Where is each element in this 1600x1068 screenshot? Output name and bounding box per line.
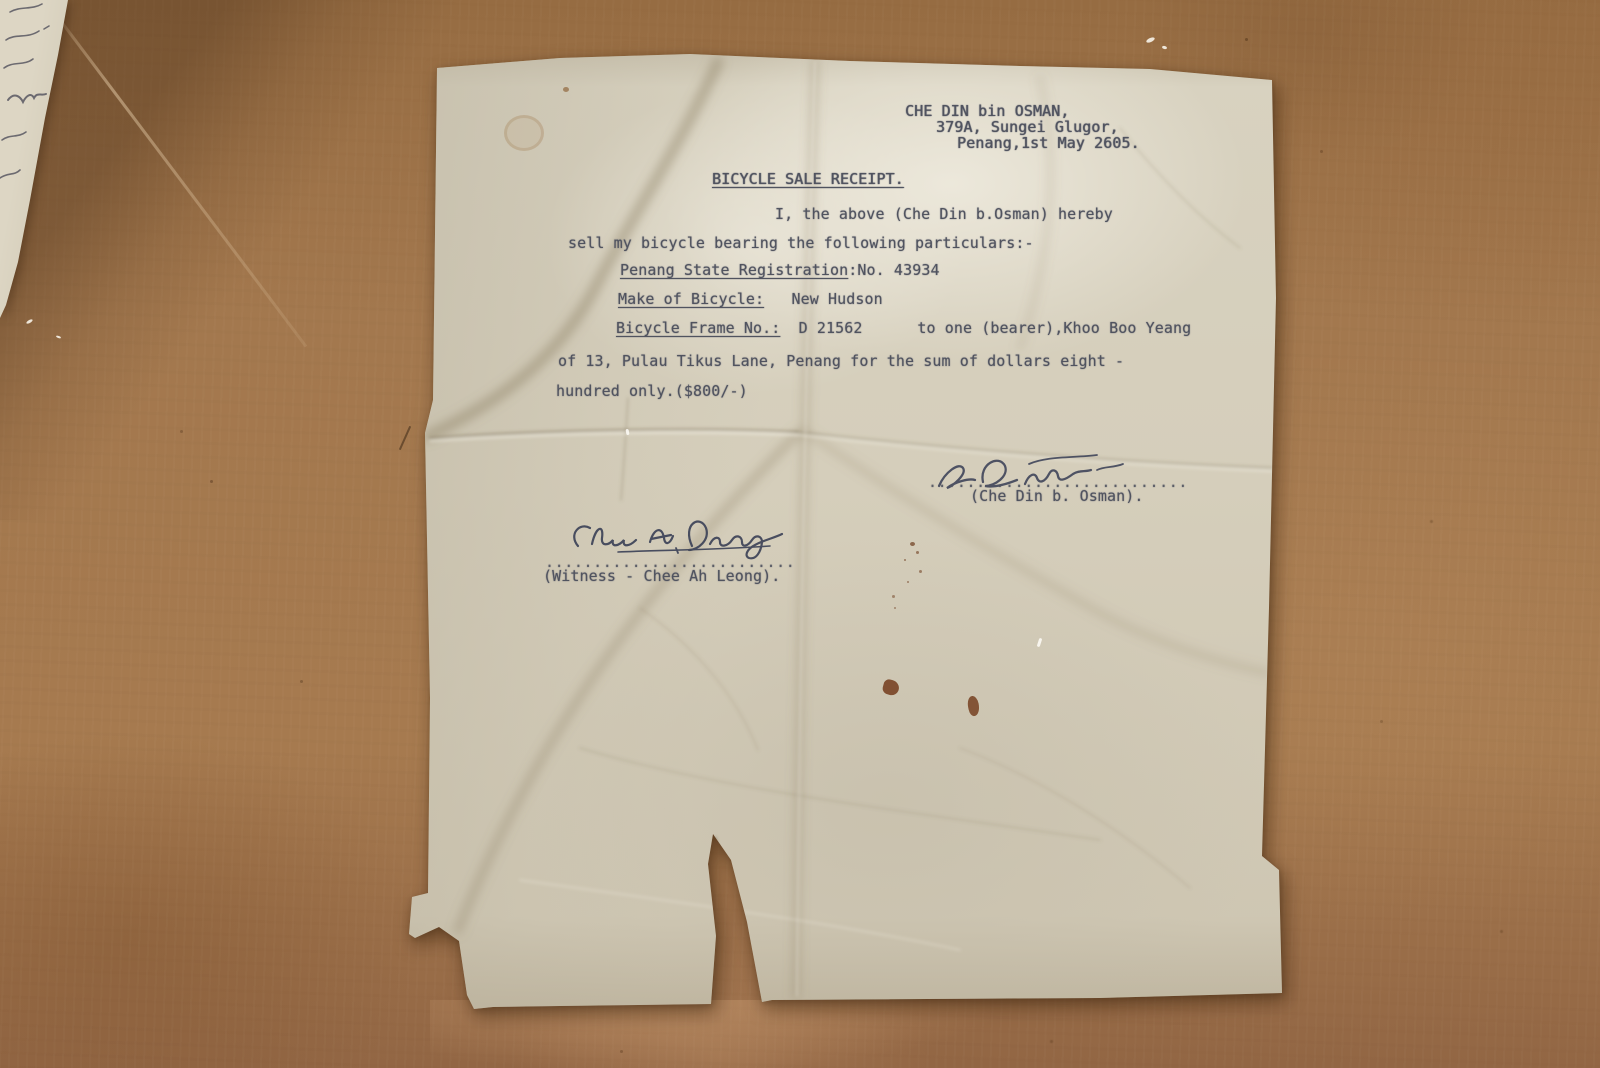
frame-label: Bicycle Frame No.: (616, 319, 780, 337)
document-title: BICYCLE SALE RECEIPT. (712, 171, 904, 187)
sender-line-3: Penang,1st May 2605. (957, 135, 1140, 151)
intro-line-1: I, the above (Che Din b.Osman) hereby (775, 206, 1113, 222)
make-value: New Hudson (764, 290, 883, 308)
body-line-1: of 13, Pulau Tikus Lane, Penang for the … (558, 353, 1124, 369)
document-content: CHE DIN bin OSMAN, 379A, Sungei Glugor, … (0, 0, 1600, 1068)
frame-line: Bicycle Frame No.: D 21562 to one (beare… (616, 320, 1191, 336)
body-line-2: hundred only.($800/-) (556, 383, 748, 399)
frame-value: D 21562 to one (bearer),Khoo Boo Yeang (780, 319, 1191, 337)
intro-line-2: sell my bicycle bearing the following pa… (568, 235, 1034, 251)
sender-line-1: CHE DIN bin OSMAN, (905, 103, 1069, 119)
make-label: Make of Bicycle: (618, 290, 764, 308)
witness-signature-caption: (Witness - Chee Ah Leong). (543, 568, 780, 584)
registration-line: Penang State Registration:No. 43934 (620, 262, 940, 278)
photo-scene: CHE DIN bin OSMAN, 379A, Sungei Glugor, … (0, 0, 1600, 1068)
make-line: Make of Bicycle: New Hudson (618, 291, 883, 307)
registration-label: Penang State Registration (620, 261, 848, 279)
sender-line-2: 379A, Sungei Glugor, (936, 119, 1119, 135)
registration-value: :No. 43934 (848, 261, 939, 279)
seller-signature-caption: (Che Din b. Osman). (970, 488, 1143, 504)
